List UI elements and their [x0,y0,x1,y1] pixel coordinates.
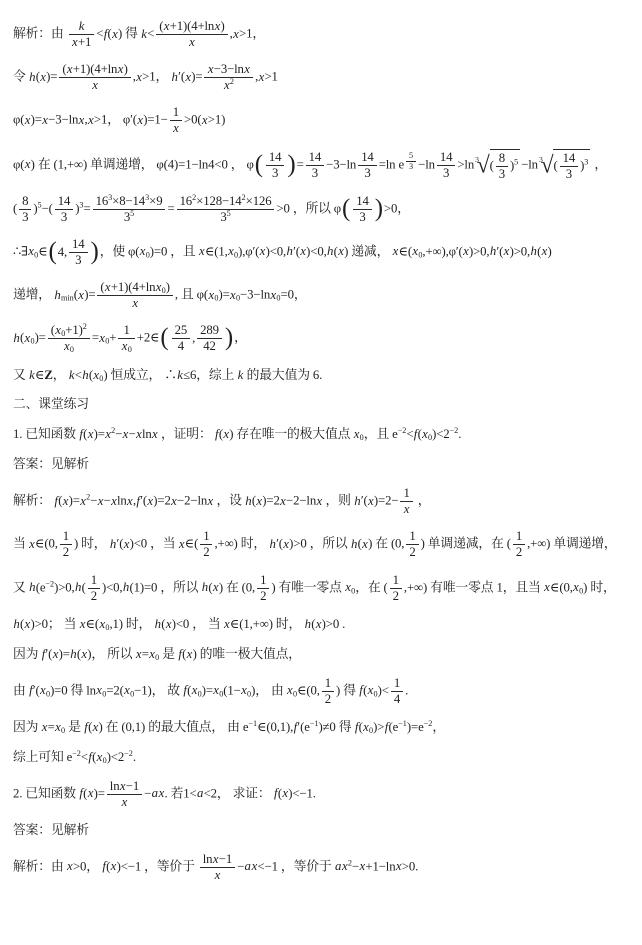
solution-top-line-1: 解析：由 kx+1<f(x) 得 k<(x+1)(4+lnx)x,x>1， [13,19,638,50]
document-body: 解析：由 kx+1<f(x) 得 k<(x+1)(4+lnx)x,x>1，令 h… [13,19,638,883]
problem1-solution-line-3: 又 h(e−2)>0,h(12)<0,h(1)=0 ，所以 h(x) 在 (0,… [13,573,638,604]
problem1-solution-line-5: 因为 f′(x)=h(x)， 所以 x=x0 是 f(x) 的唯一极大值点， [13,646,638,664]
solution-top-line-4: φ(x) 在 (1,+∞) 单调递增， φ(4)=1−ln4<0 ， φ(143… [13,149,638,182]
problem1-solution-line-8: 综上可知 e−2<f(x0)<2−2. [13,749,638,767]
fraction: lnx−1x [107,779,142,810]
fraction: x−3−lnxx2 [204,62,253,93]
fraction: 12 [406,529,418,560]
solution-top-line-2: 令 h(x)=(x+1)(4+lnx)x,x>1， h′(x)=x−3−lnxx… [13,62,638,93]
fraction: 143 [306,150,325,181]
problem2-statement: 2. 已知函数 f(x)=lnx−1x−ax. 若1<a<2， 求证： f(x)… [13,779,638,810]
cube-root: 3√(143)3 [539,149,590,182]
fraction: 143 [560,151,579,182]
fraction: 143 [266,150,285,181]
fraction: 12 [200,529,212,560]
fraction: 12 [60,529,72,560]
problem1-solution-line-1: 解析： f(x)=x2−x−xlnx,f′(x)=2x−2−lnx ，设 h(x… [13,486,638,517]
solution-top-line-8: h(x0)=(x0+1)2x0=x0+1x0+2∈(254,28942)， [13,323,638,354]
fraction: 143 [353,194,372,225]
problem1-answer: 答案：见解析 [13,456,638,474]
problem2-solution-line-1: 解析：由 x>0， f(x)<−1 ，等价于 lnx−1x−ax<−1 ，等价于… [13,852,638,883]
problem1-solution-line-6: 由 f′(x0)=0 得 lnx0=2(x0−1)， 故 f(x0)=x0(1−… [13,676,638,707]
fraction: 14 [391,676,403,707]
solution-top-line-6: ∴∃x0∈(4,143)，使 φ(x0)=0 ，且 x∈(1,x0),φ′(x)… [13,237,638,268]
cube-root: 3√(83)5 [475,149,520,182]
fraction: lnx−1x [200,852,235,883]
fraction: 12 [390,573,402,604]
fraction: (x+1)(4+lnx0)x [97,280,172,311]
problem1-statement: 1. 已知函数 f(x)=x2−x−xlnx ，证明： f(x) 存在唯一的极大… [13,426,638,444]
problem2-answer: 答案：见解析 [13,822,638,840]
fraction: 12 [513,529,525,560]
problem1-solution-line-7: 因为 x=x0 是 f(x) 在 (0,1) 的最大值点， 由 e−1∈(0,1… [13,719,638,737]
solution-top-line-3: φ(x)=x−3−lnx,x>1， φ′(x)=1−1x>0(x>1) [13,105,638,136]
solution-top-line-5: (83)5−(143)3=163×8−143×935=162×128−142×1… [13,194,638,225]
fraction: kx+1 [69,19,95,50]
section-heading: 二、课堂练习 [13,396,638,414]
fraction: 143 [437,150,456,181]
solution-top-line-9: 又 k∈Z， k<h(x0) 恒成立， ∴k≤6，综上 k 的最大值为 6. [13,367,638,385]
fraction: (x0+1)2x0 [48,323,90,354]
fraction: 12 [322,676,334,707]
fraction: 143 [69,237,88,268]
fraction: 254 [172,323,191,354]
solution-top-line-7: 递增， hmin(x)=(x+1)(4+lnx0)x, 且 φ(x0)=x0−3… [13,280,638,311]
fraction: 1x [400,486,412,517]
fraction: 143 [55,194,74,225]
fraction: 83 [19,194,31,225]
fraction: 143 [358,150,377,181]
fraction: 83 [496,151,508,182]
fraction: 28942 [197,323,222,354]
problem1-solution-line-2: 当 x∈(0,12) 时， h′(x)<0 ，当 x∈(12,+∞) 时， h′… [13,529,638,560]
fraction: 12 [257,573,269,604]
fraction: 1x0 [118,323,134,354]
fraction: 12 [88,573,100,604]
fraction: 162×128−142×12635 [177,194,275,225]
problem1-solution-line-4: h(x)>0； 当 x∈(x0,1) 时， h(x)<0 ， 当 x∈(1,+∞… [13,616,638,634]
fraction: 163×8−143×935 [93,194,166,225]
document-page: 解析：由 kx+1<f(x) 得 k<(x+1)(4+lnx)x,x>1，令 h… [0,0,642,945]
fraction: 53 [406,151,416,171]
fraction: 1x [170,105,182,136]
fraction: (x+1)(4+lnx)x [156,19,227,50]
fraction: (x+1)(4+lnx)x [59,62,130,93]
